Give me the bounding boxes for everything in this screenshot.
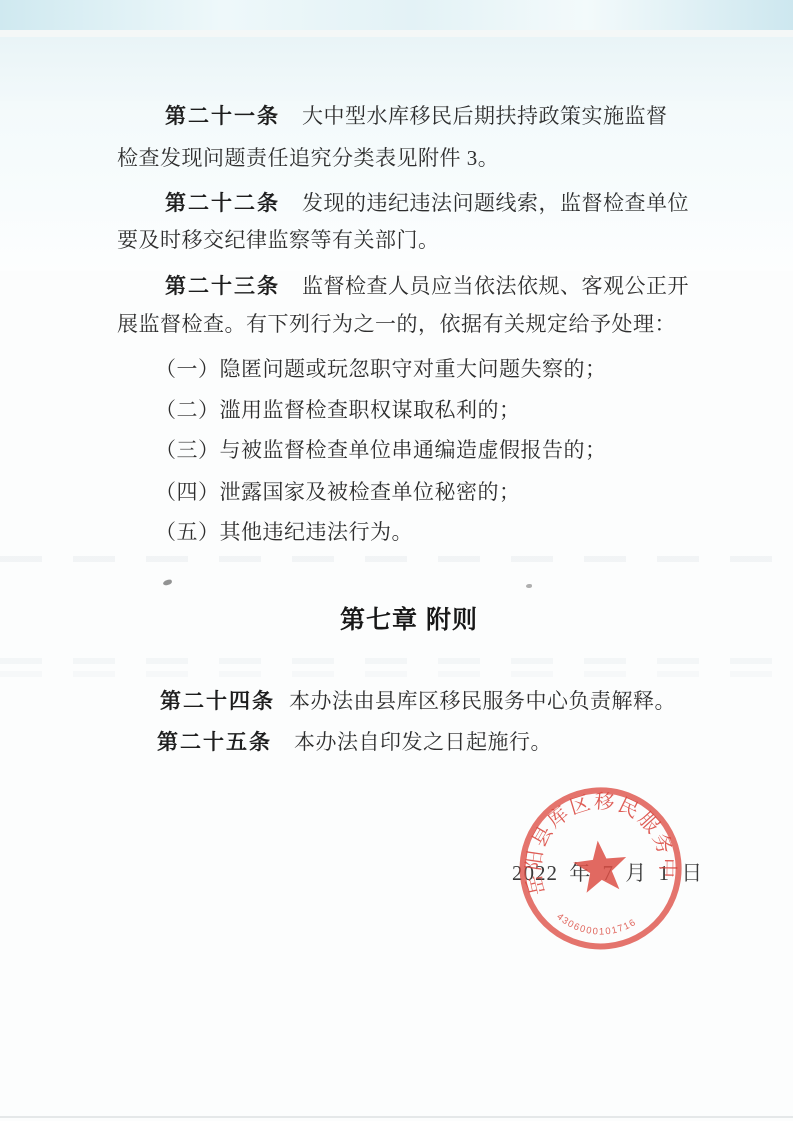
scan-band-middle <box>0 37 793 101</box>
article-text: （二）滥用监督检查职权谋取私利的； <box>155 398 521 422</box>
chapter-heading: 第七章 附则 <box>340 600 478 636</box>
scan-band-line <box>0 30 793 37</box>
article-number: 第二十二条 <box>165 191 280 215</box>
list-item-1: （一）隐匿问题或玩忽职守对重大问题失察的； <box>155 353 607 383</box>
article-24-line: 第二十四条本办法由县库区移民服务中心负责解释。 <box>160 685 676 715</box>
article-text: 监督检查人员应当依法依规、客观公正开 <box>302 274 689 298</box>
article-text: 发现的违纪违法问题线索，监督检查单位 <box>302 191 689 215</box>
article-21-line-1: 第二十一条大中型水库移民后期扶持政策实施监督 <box>165 100 668 130</box>
list-item-3: （三）与被监督检查单位串通编造虚假报告的； <box>155 434 607 464</box>
article-22-line-1: 第二十二条发现的违纪违法问题线索，监督检查单位 <box>165 187 689 217</box>
scan-edge-line <box>0 1116 793 1118</box>
article-25-line: 第二十五条本办法自印发之日起施行。 <box>157 726 552 756</box>
article-number: 第二十四条 <box>160 689 275 713</box>
article-number: 第二十五条 <box>157 730 272 754</box>
article-text: （五）其他违纪违法行为。 <box>155 520 413 544</box>
list-item-4: （四）泄露国家及被检查单位秘密的； <box>155 476 521 506</box>
scan-streak <box>0 658 793 664</box>
article-22-line-2: 要及时移交纪律监察等有关部门。 <box>117 224 440 254</box>
article-text: （四）泄露国家及被检查单位秘密的； <box>155 480 521 504</box>
article-23-line-2: 展监督检查。有下列行为之一的，依据有关规定给予处理： <box>117 308 676 338</box>
scan-streak <box>0 671 793 677</box>
article-text: 要及时移交纪律监察等有关部门。 <box>117 228 440 252</box>
list-item-5: （五）其他违纪违法行为。 <box>155 516 413 546</box>
list-item-2: （二）滥用监督检查职权谋取私利的； <box>155 394 521 424</box>
official-seal: 岳阳县库区移民服务中心 4306000101716 <box>495 762 715 982</box>
scan-speck <box>163 579 173 586</box>
article-text: （三）与被监督检查单位串通编造虚假报告的； <box>155 438 607 462</box>
scan-streak <box>0 556 793 562</box>
article-text: 检查发现问题责任追究分类表见附件 3。 <box>117 146 499 170</box>
scan-band-top <box>0 0 793 30</box>
scanned-document-page: 第二十一条大中型水库移民后期扶持政策实施监督 检查发现问题责任追究分类表见附件 … <box>0 0 793 1121</box>
article-text: （一）隐匿问题或玩忽职守对重大问题失察的； <box>155 357 607 381</box>
scan-speck <box>526 584 532 588</box>
article-text: 展监督检查。有下列行为之一的，依据有关规定给予处理： <box>117 312 676 336</box>
article-21-line-2: 检查发现问题责任追究分类表见附件 3。 <box>117 142 499 172</box>
seal-star-icon <box>571 838 629 894</box>
article-number: 第二十一条 <box>165 104 280 128</box>
article-text: 本办法由县库区移民服务中心负责解释。 <box>289 689 676 713</box>
article-text: 大中型水库移民后期扶持政策实施监督 <box>302 104 668 128</box>
article-number: 第二十三条 <box>165 274 280 298</box>
article-text: 本办法自印发之日起施行。 <box>294 730 552 754</box>
article-23-line-1: 第二十三条监督检查人员应当依法依规、客观公正开 <box>165 270 689 300</box>
